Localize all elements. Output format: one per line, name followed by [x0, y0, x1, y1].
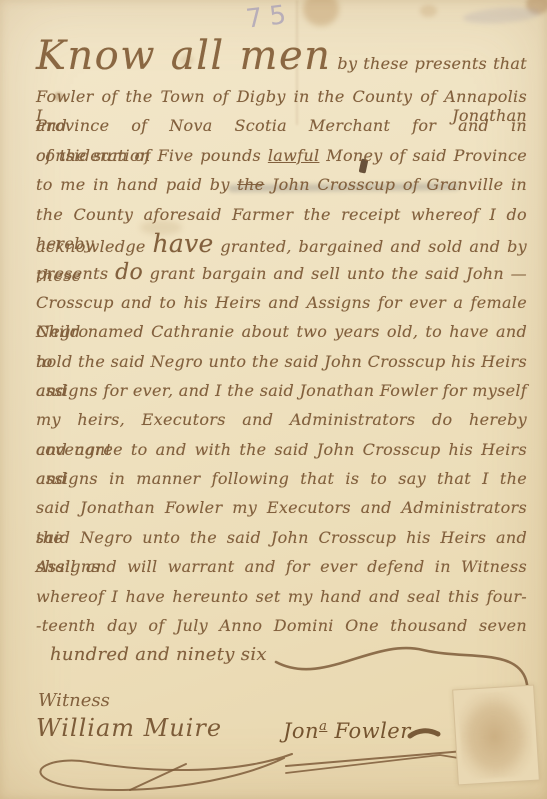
principal-signature: Jona Fowler — [283, 719, 411, 743]
text-segment: Fowler — [327, 719, 410, 743]
manuscript-line: said Jonathan Fowler my Executors and Ad… — [36, 493, 527, 522]
text-segment: John Crosscup of Granville in — [264, 175, 527, 194]
faint-pencil-mark — [463, 5, 542, 25]
text-segment: presents — [36, 264, 115, 283]
text-segment: to me in hand paid by — [36, 175, 237, 194]
text-segment: Know all men — [36, 33, 331, 79]
manuscript-line: hold the said Negro unto the said John C… — [36, 347, 527, 376]
manuscript-line: presents do grant bargain and sell unto … — [36, 258, 527, 287]
manuscript-line: Child named Cathranie about two years ol… — [36, 317, 527, 346]
text-segment: whereof I have hereunto set my hand and … — [36, 587, 527, 606]
manuscript-line: shall and will warrant and for ever defe… — [36, 552, 527, 581]
text-segment: assigns for ever, and I the said Jonatha… — [36, 381, 527, 400]
manuscript-line: whereof I have hereunto set my hand and … — [36, 582, 527, 611]
manuscript-line: of the sum of Five pounds lawful Money o… — [36, 141, 527, 170]
foxing-stain — [303, 0, 339, 26]
text-segment: grant bargain and sell unto the said Joh… — [143, 264, 527, 283]
manuscript-line: Crosscup and to his Heirs and Assigns fo… — [36, 288, 527, 317]
text-segment: of the sum of Five pounds — [36, 146, 268, 165]
text-segment: hundred and ninety six — [50, 644, 267, 665]
text-segment: do — [115, 260, 143, 285]
manuscript-lines: Know all men by these presents that I Jo… — [36, 30, 527, 670]
text-segment: have — [152, 229, 213, 258]
manuscript-line: the County aforesaid Farmer the receipt … — [36, 200, 527, 229]
witness-signature: William Muire — [36, 714, 222, 742]
manuscript-line: assigns in manner following that is to s… — [36, 464, 527, 493]
seal-stain — [457, 690, 534, 780]
wafer-seal — [452, 685, 540, 786]
manuscript-line: acknowledge have granted, bargained and … — [36, 229, 527, 258]
text-segment: lawful — [268, 146, 320, 165]
manuscript-line: to me in hand paid by the John Crosscup … — [36, 170, 527, 199]
text-segment: Money of said Province — [319, 146, 527, 165]
foxing-stain — [420, 5, 437, 17]
witness-label: Witness — [38, 690, 110, 711]
text-segment: acknowledge — [36, 237, 152, 256]
text-segment: Jon — [283, 719, 319, 743]
manuscript-page: 75 Know all men by these presents that I… — [0, 0, 547, 799]
text-segment: the — [237, 175, 264, 194]
text-segment: assigns in manner following that is to s… — [36, 469, 527, 488]
witness-signature-flourish — [26, 750, 301, 798]
text-segment: shall and will warrant and for ever defe… — [36, 557, 527, 576]
manuscript-line: assigns for ever, and I the said Jonatha… — [36, 376, 527, 405]
manuscript-line: and agree to and with the said John Cros… — [36, 435, 527, 464]
signature-dash — [408, 726, 442, 742]
manuscript-line: Fowler of the Town of Digby in the Count… — [36, 82, 527, 111]
manuscript-line: Know all men by these presents that I Jo… — [36, 30, 527, 82]
manuscript-line: said Negro unto the said John Crosscup h… — [36, 523, 527, 552]
manuscript-line: my heirs, Executors and Administrators d… — [36, 405, 527, 434]
manuscript-line: Province of Nova Scotia Merchant for and… — [36, 111, 527, 140]
